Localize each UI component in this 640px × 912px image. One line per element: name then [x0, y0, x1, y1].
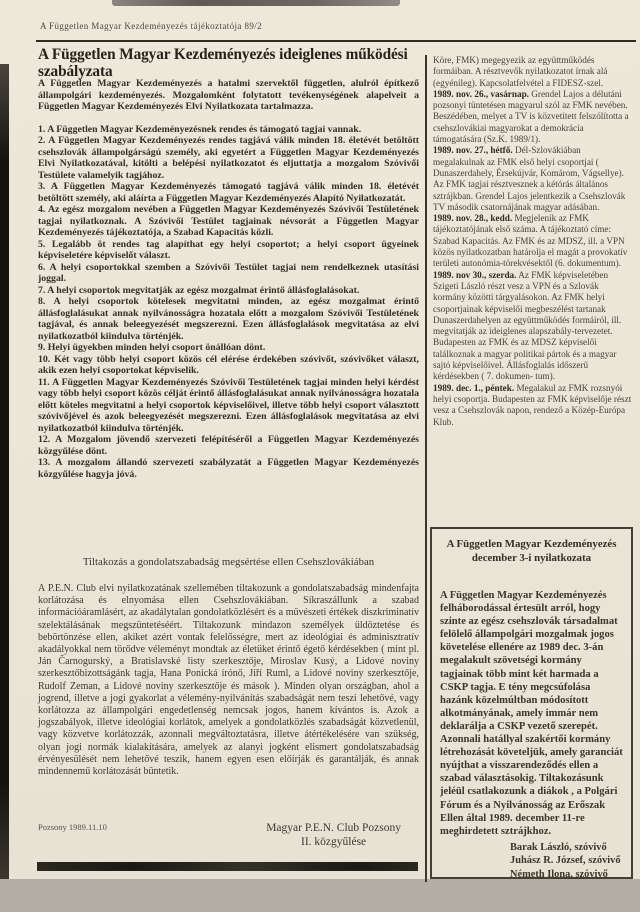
organization-signature: Magyar P.E.N. Club Pozsony II. közgyűlés… [266, 822, 401, 849]
scan-thick-rule-artifact [37, 862, 418, 871]
protest-heading: Tiltakozás a gondolatszabadság megsértés… [38, 556, 419, 568]
spokesperson-signature: Juhász R. József, szóvivő [510, 854, 623, 868]
bylaw-item: 11. A Független Magyar Kezdeményezés Szó… [38, 377, 419, 435]
organization-name: Magyar P.E.N. Club Pozsony [266, 822, 401, 834]
bylaws-intro-paragraph: A Független Magyar Kezdeményezés a hatal… [38, 78, 419, 113]
scan-left-edge-artifact [0, 64, 9, 880]
scan-bottom-edge-artifact [0, 879, 640, 912]
bylaw-item: 1. A Független Magyar Kezdeményezésnek r… [38, 124, 419, 136]
bylaw-item: 6. A helyi csoportokkal szemben a Szóviv… [38, 262, 419, 285]
declaration-title: A Független Magyar Kezdeményezés decembe… [440, 538, 623, 565]
chronicle-entry-date: 1989. dec. 1., péntek. [433, 383, 514, 393]
bylaws-section: A Független Magyar Kezdeményezés a hatal… [38, 78, 419, 558]
bylaw-item: 7. A helyi csoportok megvitatják az egés… [38, 285, 419, 297]
bylaw-item: 8. A helyi csoportok kötelesek megvitatn… [38, 296, 419, 342]
chronicle-entry: 1989. nov 30., szerda. Az FMK képviselet… [433, 270, 633, 383]
chronicle-entry: 1989. nov. 26., vasárnap. Grendel Lajos … [433, 89, 633, 145]
spokesperson-signature: Barak László, szóvivő [510, 841, 623, 855]
page-title: A Független Magyar Kezdeményezés ideigle… [38, 46, 428, 80]
bylaws-list: 1. A Független Magyar Kezdeményezésnek r… [38, 124, 419, 481]
chronicle-entry: Köre, FMK) megegyezik az együttműködés f… [433, 55, 633, 89]
protest-section: Tiltakozás a gondolatszabadság megsértés… [38, 556, 419, 778]
bylaw-item: 4. Az egész mozgalom nevében a Független… [38, 204, 419, 239]
chronicle-entry-date: 1989. nov 30., szerda. [433, 270, 516, 280]
chronicle-entry-date: 1989. nov. 26., vasárnap. [433, 89, 529, 99]
declaration-signatures: Barak László, szóvivő Juhász R. József, … [440, 841, 623, 879]
bylaw-item: 13. A mozgalom állandó szervezeti szabál… [38, 457, 419, 480]
header-rule [36, 40, 636, 42]
bylaw-item: 12. A Mozgalom jövendő szervezeti felépí… [38, 434, 419, 457]
protest-footer: Pozsony 1989.11.10 Magyar P.E.N. Club Po… [38, 822, 419, 849]
bylaw-item: 10. Két vagy több helyi csoport közös cé… [38, 354, 419, 377]
bylaw-item: 2. A Független Magyar Kezdeményezés rend… [38, 135, 419, 181]
chronicle-entry-text: Köre, FMK) megegyezik az együttműködés f… [433, 55, 608, 88]
protest-body-paragraph: A P.E.N. Club elvi nyilatkozatának szell… [38, 583, 419, 778]
chronicle-section: Köre, FMK) megegyezik az együttműködés f… [433, 55, 633, 523]
chronicle-entry: 1989. nov. 27., hétfő. Dél-Szlovákiában … [433, 145, 633, 213]
declaration-body-paragraph: A Független Magyar Kezdeményezés felhábo… [440, 589, 623, 838]
bylaw-item: 3. A Független Magyar Kezdeményezés támo… [38, 181, 419, 204]
place-date: Pozsony 1989.11.10 [38, 822, 107, 832]
chronicle-entry-date: 1989. nov. 28., kedd. [433, 213, 512, 223]
chronicle-entry-text: Az FMK képviseletében Szigeti László rés… [433, 270, 621, 382]
bylaw-item: 9. Helyi ügyekben minden helyi csoport ö… [38, 342, 419, 354]
chronicle-entry: 1989. dec. 1., péntek. Megalakul az FMK … [433, 383, 633, 428]
spokesperson-signature: Németh Ilona, szóvivő [510, 868, 623, 879]
masthead-title: A Független Magyar Kezdeményezés tájékoz… [40, 21, 262, 31]
bylaw-item: 5. Legalább öt rendes tag alapíthat egy … [38, 239, 419, 262]
chronicle-entry: 1989. nov. 28., kedd. Megjelenik az FMK … [433, 213, 633, 269]
scan-smudge-artifact [112, 0, 400, 6]
chronicle-entry-date: 1989. nov. 27., hétfő. [433, 145, 513, 155]
declaration-box: A Független Magyar Kezdeményezés decembe… [430, 527, 633, 879]
column-divider-rule [425, 55, 427, 882]
organization-assembly: II. közgyűlése [301, 836, 366, 848]
